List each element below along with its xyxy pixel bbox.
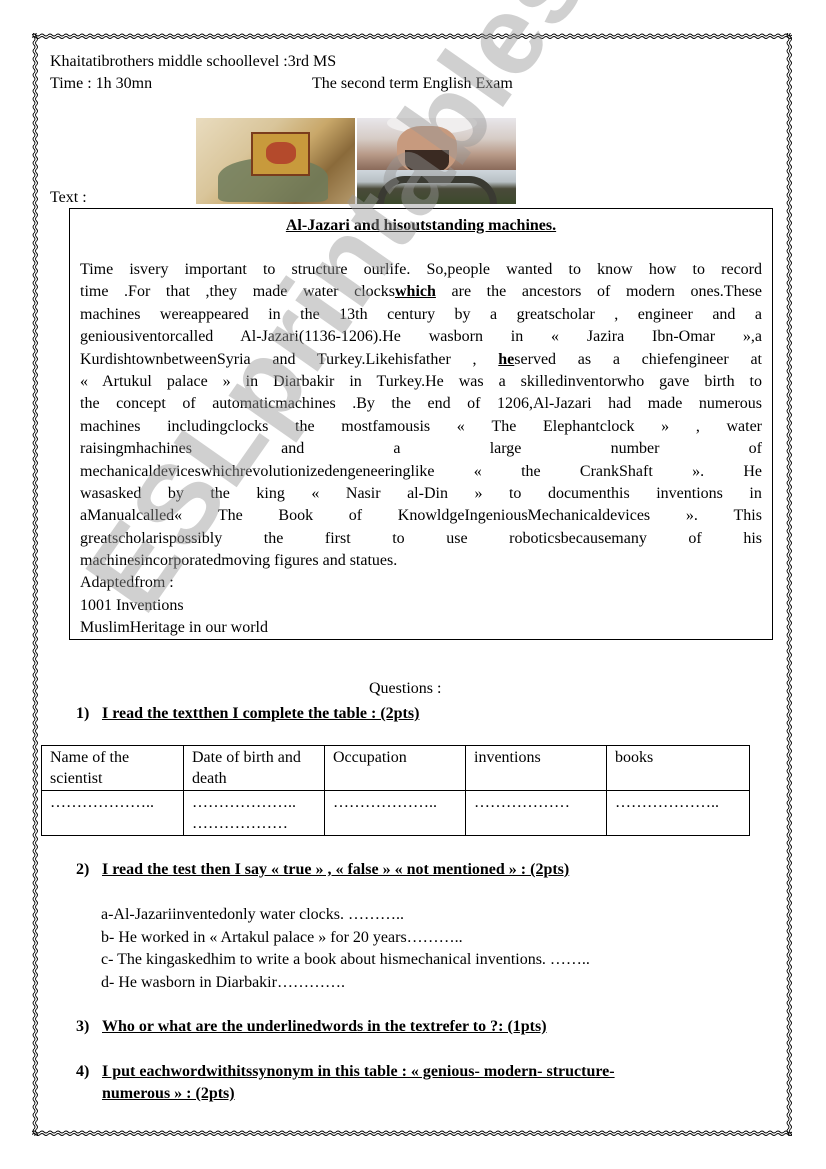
questions-label: Questions : xyxy=(369,680,441,698)
text-label: Text : xyxy=(50,189,87,207)
passage-line: geniousiventorcalled Al-Jazari(1136-1206… xyxy=(80,326,762,348)
scientist-info-table: Name of the scientist Date of birth and … xyxy=(41,745,750,836)
tf-item-d: d- He wasborn in Diarbakir…………. xyxy=(101,972,590,995)
passage-line: machinesincludingclocksthemostfamousis«T… xyxy=(80,416,762,438)
passage-line: KurdishtownbetweenSyria and Turkey.Likeh… xyxy=(80,349,762,371)
tf-item-b: b- He worked in « Artakul palace » for 2… xyxy=(101,927,590,950)
reading-passage-box: Al-Jazari and hisoutstanding machines. T… xyxy=(69,208,773,640)
answer-blank-occupation[interactable]: ……………….. xyxy=(325,791,466,836)
header-name: Name of the scientist xyxy=(42,746,184,791)
question-1: 1)I read the textthen I complete the tab… xyxy=(76,703,419,725)
answer-blank-dates[interactable]: ……………….. ……………… xyxy=(184,791,325,836)
header-occupation: Occupation xyxy=(325,746,466,791)
passage-line: time .For that ,they made water clockswh… xyxy=(80,281,762,303)
passage-line: aManualcalled«TheBookofKnowldgeIngenious… xyxy=(80,505,762,527)
answer-blank-books[interactable]: ……………….. xyxy=(607,791,750,836)
exam-title: The second term English Exam xyxy=(312,75,513,93)
header-books: books xyxy=(607,746,750,791)
question-4: 4)I put eachwordwithitssynonym in this t… xyxy=(76,1061,615,1105)
tf-item-a: a-Al-Jazariinventedonly water clocks. ……… xyxy=(101,904,590,927)
passage-line: wasaskedbytheking«Nasiral-Din»todocument… xyxy=(80,483,762,505)
answer-blank-inventions[interactable]: ……………… xyxy=(466,791,607,836)
al-jazari-portrait-image xyxy=(357,118,516,170)
header-inventions: inventions xyxy=(466,746,607,791)
source-book-2: MuslimHeritage in our world xyxy=(80,617,762,639)
source-label: Adaptedfrom : xyxy=(80,572,762,594)
time-label: Time : 1h 30mn xyxy=(50,75,152,93)
illustration-images xyxy=(196,118,516,204)
elephant-clock-manuscript-image xyxy=(196,118,355,204)
question-3: 3)Who or what are the underlinedwords in… xyxy=(76,1016,547,1038)
passage-line: raisingmhachinesandalargenumberof xyxy=(80,438,762,460)
passage-body: Time isvery important to structure ourli… xyxy=(80,259,762,640)
border-bottom xyxy=(32,1130,792,1136)
underlined-word-which: which xyxy=(395,283,436,300)
passage-title: Al-Jazari and hisoutstanding machines. xyxy=(70,217,772,235)
passage-line: Time isvery important to structure ourli… xyxy=(80,259,762,281)
passage-line: mechanicaldeviceswhichrevolutionizedenge… xyxy=(80,461,762,483)
passage-line: greatscholarispossiblythefirsttouserobot… xyxy=(80,528,762,550)
border-right xyxy=(786,33,792,1136)
true-false-list: a-Al-Jazariinventedonly water clocks. ……… xyxy=(101,904,590,994)
source-book-1: 1001 Inventions xyxy=(80,595,762,617)
passage-line: « Artukul palace » in Diarbakir in Turke… xyxy=(80,371,762,393)
border-left xyxy=(32,33,38,1136)
passage-line: machines wereappeared in the 13th centur… xyxy=(80,304,762,326)
table-answer-row: ……………….. ……………….. ……………… ……………….. ………………… xyxy=(42,791,750,836)
header-dates: Date of birth and death xyxy=(184,746,325,791)
underlined-word-he: he xyxy=(498,351,514,368)
school-level-line: Khaitatibrothers middle schoollevel :3rd… xyxy=(50,53,336,71)
border-top xyxy=(32,33,792,39)
table-header-row: Name of the scientist Date of birth and … xyxy=(42,746,750,791)
tf-item-c: c- The kingaskedhim to write a book abou… xyxy=(101,949,590,972)
passage-line: the concept of automaticmachines .By the… xyxy=(80,393,762,415)
answer-blank-name[interactable]: ……………….. xyxy=(42,791,184,836)
water-wheel-bridge-image xyxy=(357,170,516,204)
question-2: 2)I read the test then I say « true » , … xyxy=(76,859,569,881)
passage-line: machinesincorporatedmoving figures and s… xyxy=(80,550,762,572)
